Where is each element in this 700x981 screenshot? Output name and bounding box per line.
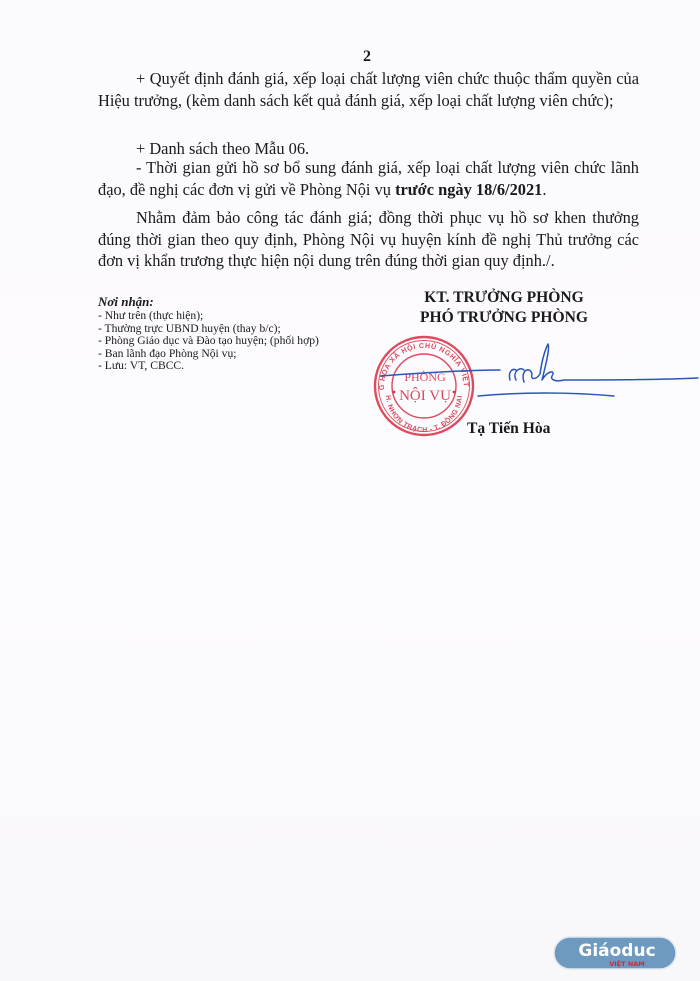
svg-text:Giáoduc: Giáoduc xyxy=(578,941,655,961)
page-number: 2 xyxy=(0,48,700,66)
recipient-item: - Lưu: VT, CBCC. xyxy=(98,360,368,373)
paragraph-deadline: - Thời gian gửi hồ sơ bổ sung đánh giá, … xyxy=(98,157,639,200)
handwritten-signature-icon xyxy=(380,340,700,410)
deadline-end: . xyxy=(542,180,546,199)
recipient-item: - Như trên (thực hiện); xyxy=(98,310,368,323)
recipients-title: Nơi nhận: xyxy=(98,294,368,309)
deadline-date: trước ngày 18/6/2021 xyxy=(395,180,542,199)
recipients-block: Nơi nhận: - Như trên (thực hiện); - Thườ… xyxy=(98,294,368,373)
document-page: 2 + Quyết định đánh giá, xếp loại chất l… xyxy=(0,0,700,981)
signer-name: Tạ Tiến Hòa xyxy=(467,420,550,438)
svg-text:VIỆT NAM: VIỆT NAM xyxy=(609,959,645,968)
signature-title-line2: PHÓ TRƯỞNG PHÒNG xyxy=(393,308,615,328)
deadline-text: - Thời gian gửi hồ sơ bổ sung đánh giá, … xyxy=(98,158,639,199)
signature-title-block: KT. TRƯỞNG PHÒNG PHÓ TRƯỞNG PHÒNG xyxy=(393,288,615,328)
paragraph-closing: Nhằm đảm bảo công tác đánh giá; đồng thờ… xyxy=(98,207,639,272)
giaoduc-logo-icon: Giáoduc VIỆT NAM xyxy=(553,936,677,970)
paragraph-decision: + Quyết định đánh giá, xếp loại chất lượ… xyxy=(98,68,639,111)
recipient-item: - Phòng Giáo dục và Đào tạo huyện; (phối… xyxy=(98,335,368,348)
signature-title-line1: KT. TRƯỞNG PHÒNG xyxy=(393,288,615,308)
